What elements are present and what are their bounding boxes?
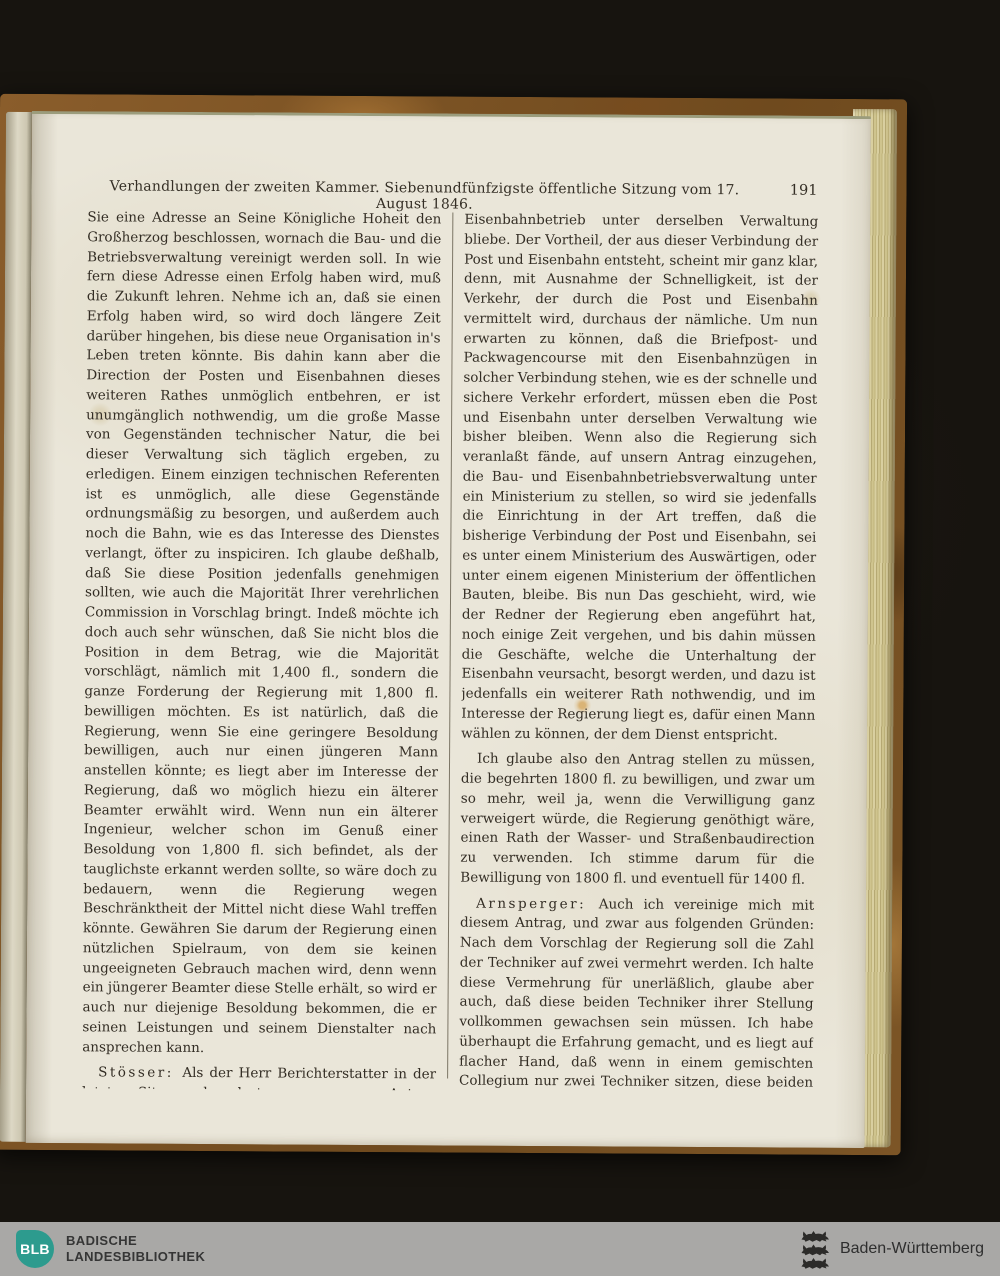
viewer-canvas: Verhandlungen der zweiten Kammer. Sieben… [0,0,1000,1276]
page-scan: Verhandlungen der zweiten Kammer. Sieben… [26,111,871,1148]
column-left: Sie eine Adresse an Seine Königliche Hoh… [82,208,441,1090]
speaker-name: Arnsperger: [476,895,599,912]
footer-bar: BLB BADISCHE LANDESBIBLIOTHEK Baden-Würt… [0,1222,1000,1276]
paragraph-text: Auch ich vereinige mich mit diesem Antra… [459,896,814,1093]
library-branding: BLB BADISCHE LANDESBIBLIOTHEK [16,1230,205,1268]
coat-of-arms-icon [800,1229,830,1269]
book-photo: Verhandlungen der zweiten Kammer. Sieben… [0,0,1000,1228]
state-branding: Baden-Württemberg [800,1229,984,1269]
paragraph-text: Eisenbahnbetrieb unter derselben Verwalt… [461,212,818,743]
paragraph: Stösser: Als der Herr Berichterstatter i… [82,1064,436,1091]
paragraph: Sie eine Adresse an Seine Königliche Hoh… [82,208,441,1059]
text-columns: Sie eine Adresse an Seine Königliche Hoh… [82,208,819,1096]
blb-logo-text: BLB [20,1241,50,1257]
blb-logo-icon: BLB [16,1230,54,1268]
library-name-line1: BADISCHE [66,1233,205,1249]
paragraph: Arnsperger: Auch ich vereinige mich mit … [459,894,814,1093]
column-right: Eisenbahnbetrieb unter derselben Verwalt… [459,211,818,1093]
speaker-name: Stösser: [98,1065,182,1082]
page-number: 191 [761,182,817,198]
state-name: Baden-Württemberg [840,1240,984,1258]
paragraph: Eisenbahnbetrieb unter derselben Verwalt… [461,211,818,746]
library-name-line2: LANDESBIBLIOTHEK [66,1249,205,1265]
paragraph-text: Sie eine Adresse an Seine Königliche Hoh… [82,209,441,1055]
paragraph-text: Ich glaube also den Antrag stellen zu mü… [460,751,815,888]
paragraph: Ich glaube also den Antrag stellen zu mü… [460,750,815,890]
library-name: BADISCHE LANDESBIBLIOTHEK [66,1233,205,1266]
column-divider-rule [447,213,453,1079]
